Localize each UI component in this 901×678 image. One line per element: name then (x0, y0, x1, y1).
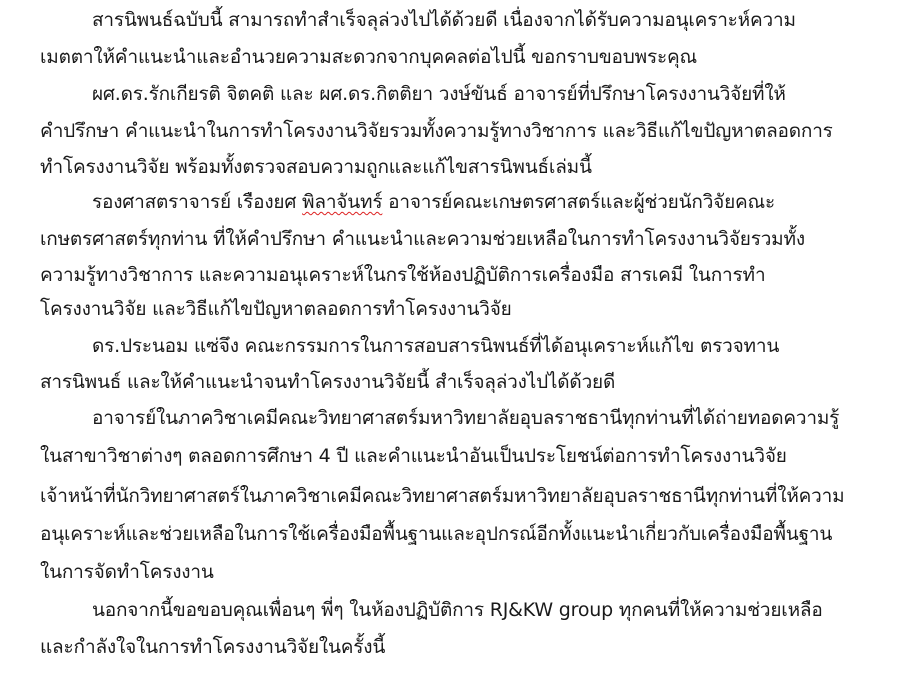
paragraph-2-line-1: ผศ.ดร.รักเกียรติ จิตคติ และ ผศ.ดร.กิตติย… (92, 82, 786, 106)
spellcheck-misspelled-word[interactable]: พิลาจันทร์ (302, 191, 382, 213)
paragraph-7-line-2: และกำลังใจในการทำโครงงานวิจัยในครั้งนี้ (40, 635, 385, 659)
paragraph-2-line-2: คำปรึกษา คำแนะนำในการทำโครงงานวิจัยรวมทั… (40, 119, 833, 143)
paragraph-6-line-2: อนุเคราะห์และช่วยเหลือในการใช้เครื่องมือ… (40, 522, 832, 546)
paragraph-3-text-before: รองศาสตราจารย์ เรืองยศ (92, 191, 302, 213)
paragraph-3-line-2: เกษตรศาสตร์ทุกท่าน ที่ให้คำปรึกษา คำแนะน… (40, 227, 805, 251)
document-page: สารนิพนธ์ฉบับนี้ สามารถทำสำเร็จลุล่วงไปไ… (0, 0, 901, 678)
paragraph-6-line-1: เจ้าหน้าที่นักวิทยาศาสตร์ในภาควิชาเคมีคณ… (40, 484, 844, 508)
paragraph-1-line-2: เมตตาให้คำแนะนำและอำนวยความสะดวกจากบุคคล… (40, 45, 697, 69)
paragraph-7-line-1: นอกจากนี้ขอขอบคุณเพื่อนๆ พี่ๆ ในห้องปฏิบ… (92, 598, 823, 622)
paragraph-3-line-1: รองศาสตราจารย์ เรืองยศ พิลาจันทร์ อาจารย… (92, 190, 775, 214)
paragraph-3-line-4: โครงงานวิจัย และวิธีแก้ไขปัญหาตลอดการทำโ… (40, 297, 512, 321)
paragraph-5-line-2: ในสาขาวิชาต่างๆ ตลอดการศึกษา 4 ปี และคำแ… (40, 444, 787, 468)
paragraph-5-line-1: อาจารย์ในภาควิชาเคมีคณะวิทยาศาสตร์มหาวิท… (92, 406, 839, 430)
paragraph-6-line-3: ในการจัดทำโครงงาน (40, 560, 214, 584)
paragraph-3-text-after: อาจารย์คณะเกษตรศาสตร์และผู้ช่วยนักวิจัยค… (382, 191, 775, 213)
paragraph-2-line-3: ทำโครงงานวิจัย พร้อมทั้งตรวจสอบความถูกแล… (40, 155, 592, 179)
paragraph-4-line-1: ดร.ประนอม แซ่จึง คณะกรรมการในการสอบสารนิ… (92, 334, 779, 358)
paragraph-3-line-3: ความรู้ทางวิชาการ และความอนุเคราะห์ในกรใ… (40, 263, 765, 287)
paragraph-1-line-1: สารนิพนธ์ฉบับนี้ สามารถทำสำเร็จลุล่วงไปไ… (92, 8, 796, 32)
paragraph-4-line-2: สารนิพนธ์ และให้คำแนะนำจนทำโครงงานวิจัยน… (40, 370, 615, 394)
